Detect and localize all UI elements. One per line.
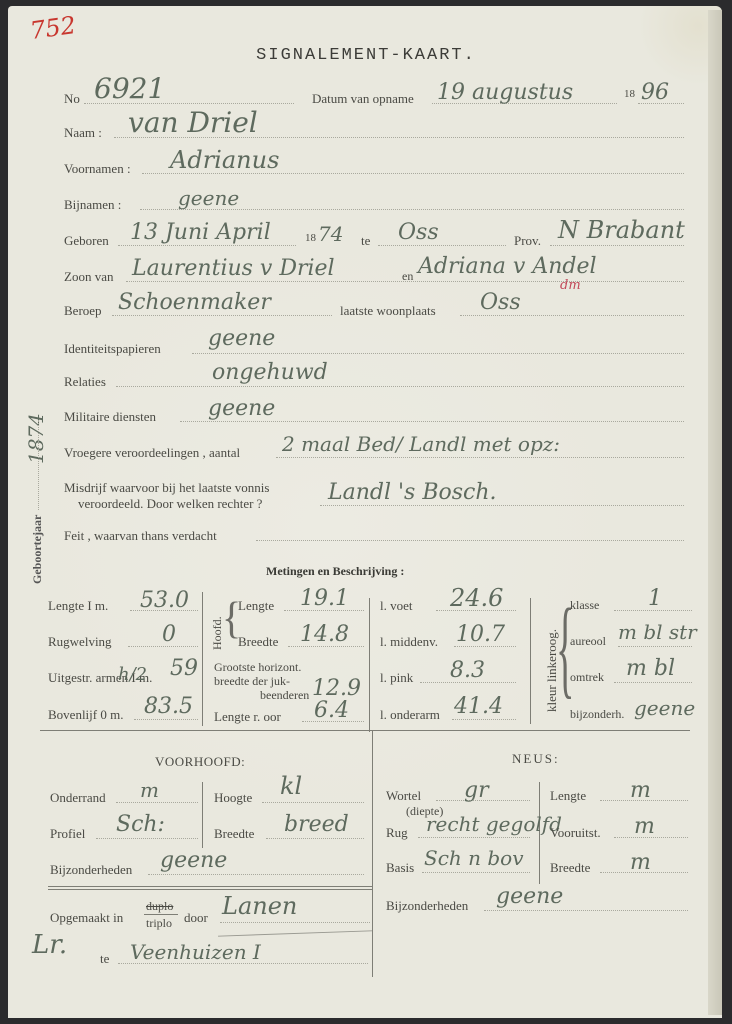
neus-lengte-value: m	[630, 778, 651, 803]
misdrijf-line	[320, 505, 684, 506]
profiel-label: Profiel	[50, 826, 85, 842]
basis-label: Basis	[386, 860, 414, 876]
onderarm-line	[452, 719, 516, 720]
door-line	[220, 922, 370, 923]
bovenlijf-line	[134, 719, 198, 720]
lengte-value: 53.0	[140, 588, 189, 613]
en-label: en	[402, 269, 413, 284]
card-title: SIGNALEMENT-KAART.	[0, 46, 732, 65]
door-label: door	[184, 910, 208, 926]
armen-value: 59	[170, 656, 198, 681]
metingen-divider-1	[202, 592, 203, 726]
voorhoofd-bijz-label: Bijzonderheden	[50, 862, 132, 878]
identiteit-value: geene	[208, 326, 275, 351]
hoogte-label: Hoogte	[214, 790, 252, 806]
voet-value: 24.6	[450, 584, 503, 612]
voorhoofd-breedte-value: breed	[284, 812, 349, 837]
aureool-line	[618, 646, 692, 647]
neus-breedte-value: m	[630, 850, 651, 875]
naam-label: Naam :	[64, 125, 102, 141]
militaire-line	[180, 421, 684, 422]
identiteit-label: Identiteitspapieren	[64, 341, 161, 357]
armen-note: h/2	[118, 664, 147, 685]
basis-line	[422, 872, 530, 873]
neus-heading: NEUS:	[512, 751, 560, 767]
hoofd-breedte-value: 14.8	[300, 622, 349, 647]
wortel-value: gr	[464, 778, 489, 803]
geboren-line	[118, 245, 296, 246]
no-label: No	[64, 91, 80, 107]
door-value: Lanen	[222, 892, 297, 920]
metingen-divider-3	[530, 598, 531, 724]
geboortejaar-value: 1874	[24, 413, 48, 464]
hoofd-lengte-value: 19.1	[300, 586, 349, 611]
voorhoofd-neus-divider	[372, 731, 373, 977]
relaties-value: ongehuwd	[212, 360, 328, 385]
vooruitst-label: Vooruitst.	[550, 825, 601, 841]
neus-bijz-label: Bijzonderheden	[386, 898, 468, 914]
geboren-date: 13 Juni April	[130, 220, 271, 245]
voorhoofd-bijz-value: geene	[160, 848, 227, 873]
no-value: 6921	[94, 72, 165, 105]
militaire-label: Militaire diensten	[64, 409, 156, 425]
voorhoofd-breedte-label: Breedte	[214, 826, 254, 842]
geboren-year-prefix: 18	[305, 232, 316, 244]
prov-line	[550, 245, 684, 246]
prov-label: Prov.	[514, 233, 541, 249]
voorhoofd-bijz-line	[148, 874, 364, 875]
onderarm-label: l. onderarm	[380, 707, 440, 723]
year-prefix: 18	[624, 88, 635, 100]
misdrijf-label-2: veroordeeld. Door welken rechter ?	[78, 496, 262, 512]
zoon-van-label: Zoon van	[64, 269, 113, 285]
klasse-label: klasse	[570, 598, 599, 613]
wortel-label: Wortel	[386, 788, 421, 804]
woonplaats-value: Oss	[480, 290, 521, 315]
bijnamen-value: geene	[178, 186, 239, 210]
onderarm-value: 41.4	[454, 694, 503, 719]
naam-value: van Driel	[128, 106, 258, 139]
beroep-value: Schoenmaker	[118, 290, 271, 315]
voorhoofd-bottom-line-2	[48, 889, 372, 890]
relaties-line	[116, 386, 684, 387]
middenv-label: l. middenv.	[380, 634, 438, 650]
middenv-value: 10.7	[456, 622, 505, 647]
woonplaats-line	[460, 315, 684, 316]
beroep-line	[112, 315, 332, 316]
onderrand-label: Onderrand	[50, 790, 106, 806]
datum-label: Datum van opname	[312, 91, 414, 107]
vroegere-line	[276, 457, 684, 458]
omtrek-label: omtrek	[570, 670, 604, 685]
neus-bijz-line	[484, 910, 688, 911]
duplo-option: duplo	[146, 899, 173, 914]
card-edge	[708, 10, 722, 1015]
relaties-label: Relaties	[64, 374, 106, 390]
rug-value: recht gegolfd	[426, 812, 562, 836]
woonplaats-label: laatste woonplaats	[340, 303, 436, 319]
basis-value: Sch n bov	[424, 846, 524, 870]
neus-breedte-label: Breedte	[550, 860, 590, 876]
metingen-divider-2	[369, 598, 370, 732]
onderrand-value: m	[140, 778, 159, 802]
geboren-place-line	[378, 245, 506, 246]
vroegere-label: Vroegere veroordeelingen , aantal	[64, 445, 240, 461]
geboortejaar-line	[38, 420, 39, 510]
metingen-heading: Metingen en Beschrijving :	[266, 564, 404, 579]
identiteit-line	[192, 353, 684, 354]
voorhoofd-inner-divider	[202, 782, 203, 848]
vooruitst-value: m	[634, 814, 655, 839]
hoogte-line	[262, 802, 364, 803]
omtrek-line	[614, 682, 692, 683]
bijzonderh-label: bijzonderh.	[570, 707, 624, 722]
rug-line	[418, 837, 530, 838]
bovenlijf-value: 83.5	[144, 694, 193, 719]
geboren-year: 74	[318, 222, 343, 246]
bijnamen-label: Bijnamen :	[64, 197, 121, 213]
jukbeen-label-2: breedte der juk-	[214, 674, 290, 689]
beroep-label: Beroep	[64, 303, 102, 319]
geboren-te-label: te	[361, 233, 370, 249]
mother-name-correction: dm	[560, 278, 581, 293]
profiel-line	[96, 838, 198, 839]
bovenlijf-label: Bovenlijf 0 m.	[48, 707, 123, 723]
datum-value: 19 augustus	[437, 80, 573, 105]
prov-value: N Brabant	[558, 216, 685, 244]
klasse-value: 1	[648, 586, 662, 611]
aureool-label: aureool	[570, 634, 606, 649]
year-value: 96	[641, 80, 669, 105]
voorhoofd-heading: VOORHOOFD:	[155, 754, 245, 770]
te-label: te	[100, 951, 109, 967]
neus-lengte-label: Lengte	[550, 788, 586, 804]
jukbeen-label-3: beenderen	[260, 688, 309, 703]
voet-label: l. voet	[380, 598, 413, 614]
voorhoofd-bottom-line	[48, 886, 372, 887]
opgemaakt-label: Opgemaakt in	[50, 910, 123, 926]
triplo-option: triplo	[146, 916, 172, 931]
te-value: Veenhuizen I	[130, 940, 261, 964]
profiel-value: Sch:	[116, 812, 165, 837]
voorhoofd-breedte-line	[266, 838, 364, 839]
onderrand-line	[116, 802, 198, 803]
jukbeen-label-1: Grootste horizont.	[214, 660, 301, 675]
hoofd-breedte-label: Breedte	[238, 634, 278, 650]
feit-line	[256, 540, 684, 541]
hoofd-lengte-label: Lengte	[238, 598, 274, 614]
geboortejaar-label: Geboortejaar	[30, 515, 45, 584]
voornamen-value: Adrianus	[170, 146, 279, 174]
pink-value: 8.3	[450, 658, 485, 683]
oor-value: 6.4	[314, 698, 349, 723]
feit-label: Feit , waarvan thans verdacht	[64, 528, 217, 544]
father-name: Laurentius v Driel	[132, 256, 335, 281]
oor-label: Lengte r. oor	[214, 709, 281, 725]
mother-name: Adriana v Andel	[418, 254, 597, 279]
omtrek-value: m bl	[626, 656, 675, 681]
section-divider	[40, 730, 690, 731]
geboren-label: Geboren	[64, 233, 109, 249]
bijzonderh-value: geene	[634, 696, 695, 720]
rug-label: Rug	[386, 825, 408, 841]
misdrijf-label-1: Misdrijf waarvoor bij het laatste vonnis	[64, 480, 269, 496]
initials: Lr.	[32, 930, 67, 960]
geboren-place: Oss	[398, 220, 439, 245]
fraction-bar	[144, 914, 178, 915]
rugwelving-label: Rugwelving	[48, 634, 112, 650]
vroegere-value: 2 maal Bed/ Landl met opz:	[282, 432, 560, 456]
pink-label: l. pink	[380, 670, 413, 686]
aureool-value: m bl str	[618, 620, 697, 644]
voornamen-label: Voornamen :	[64, 161, 131, 177]
neus-bijz-value: geene	[496, 884, 563, 909]
rugwelving-value: 0	[162, 622, 176, 647]
lengte-label: Lengte I m.	[48, 598, 108, 614]
militaire-value: geene	[208, 396, 275, 421]
misdrijf-value: Landl 's Bosch.	[328, 480, 497, 505]
hoogte-value: kl	[280, 772, 302, 800]
